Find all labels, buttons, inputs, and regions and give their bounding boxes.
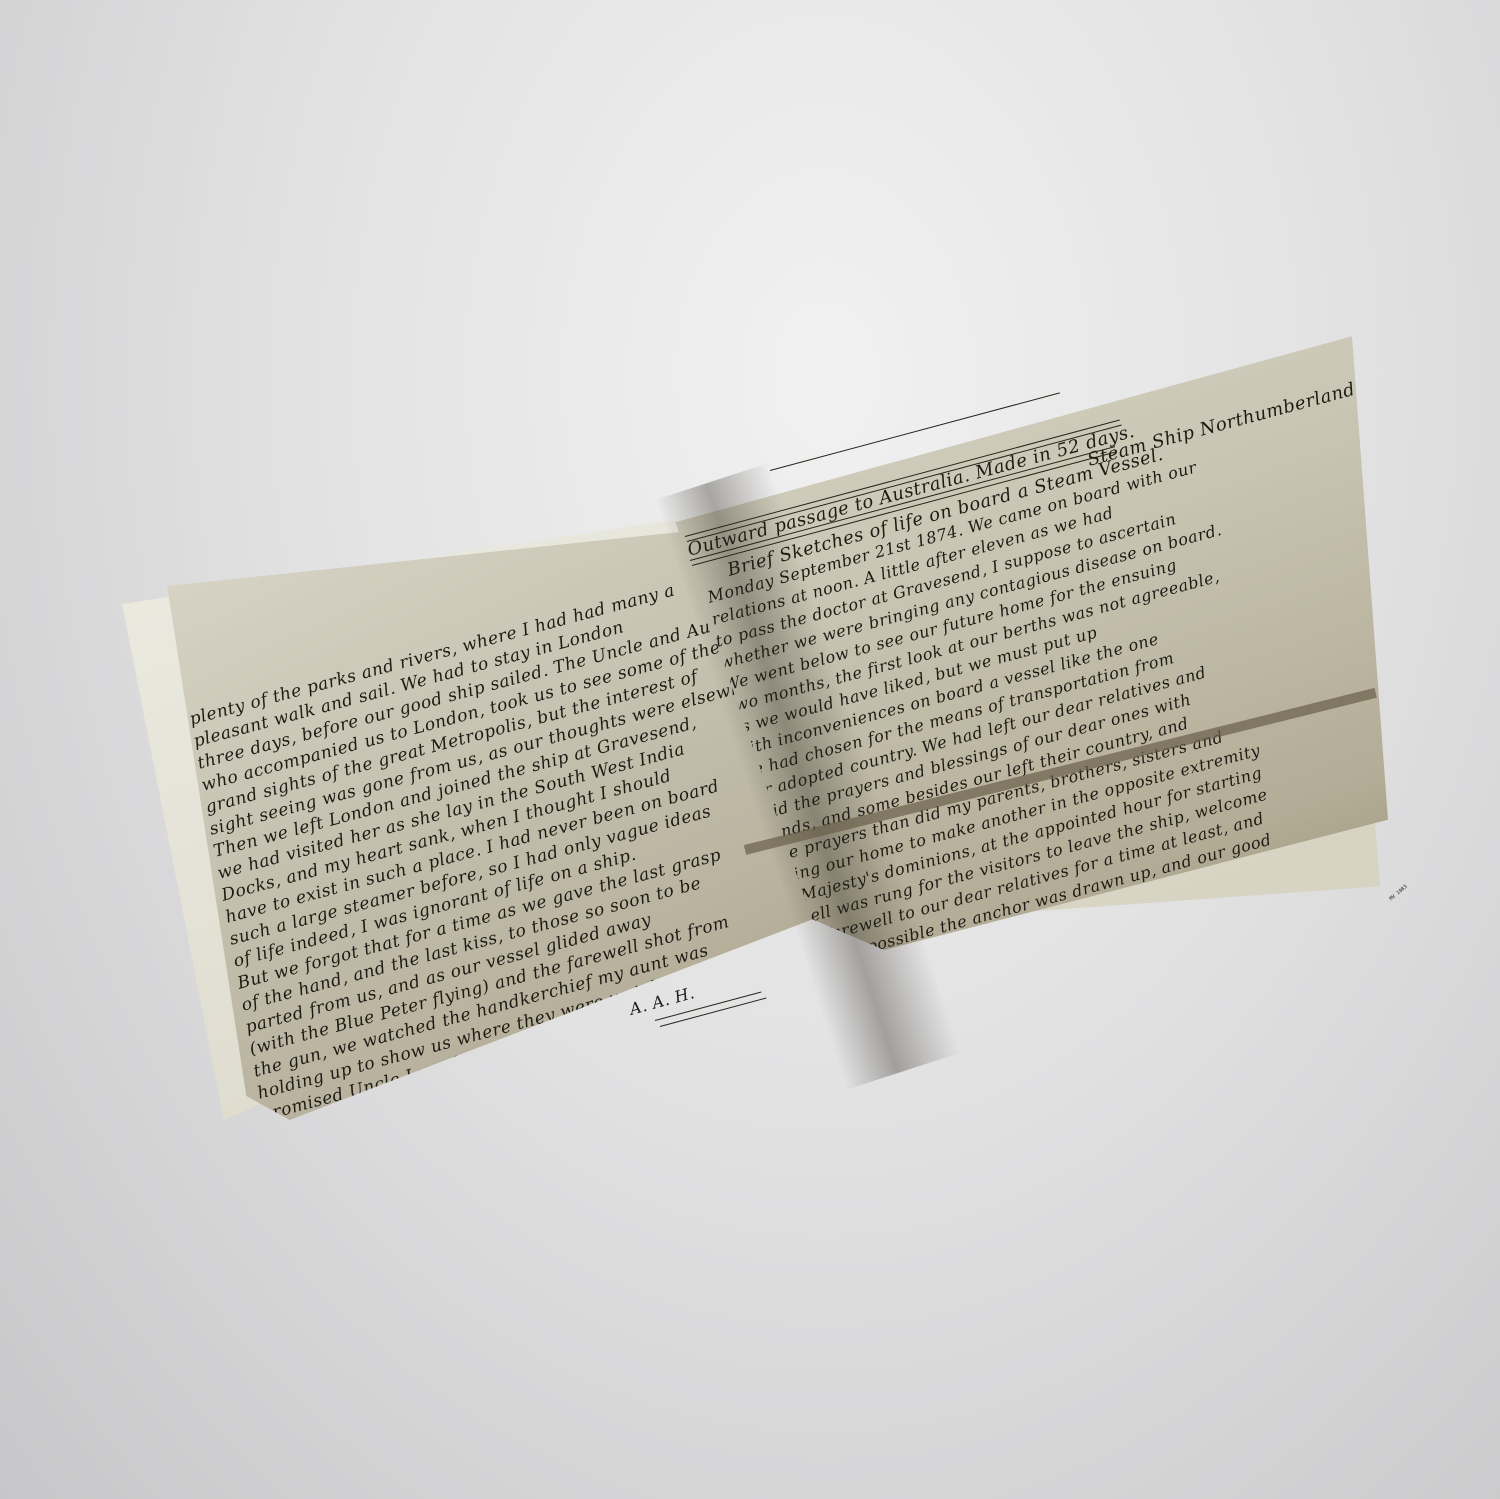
photo-scene: plenty of the parks and rivers, where I … [0,0,1500,1499]
diary-signature: A. A. H. [628,983,697,1019]
archive-label: MV 1083 [1389,884,1409,902]
